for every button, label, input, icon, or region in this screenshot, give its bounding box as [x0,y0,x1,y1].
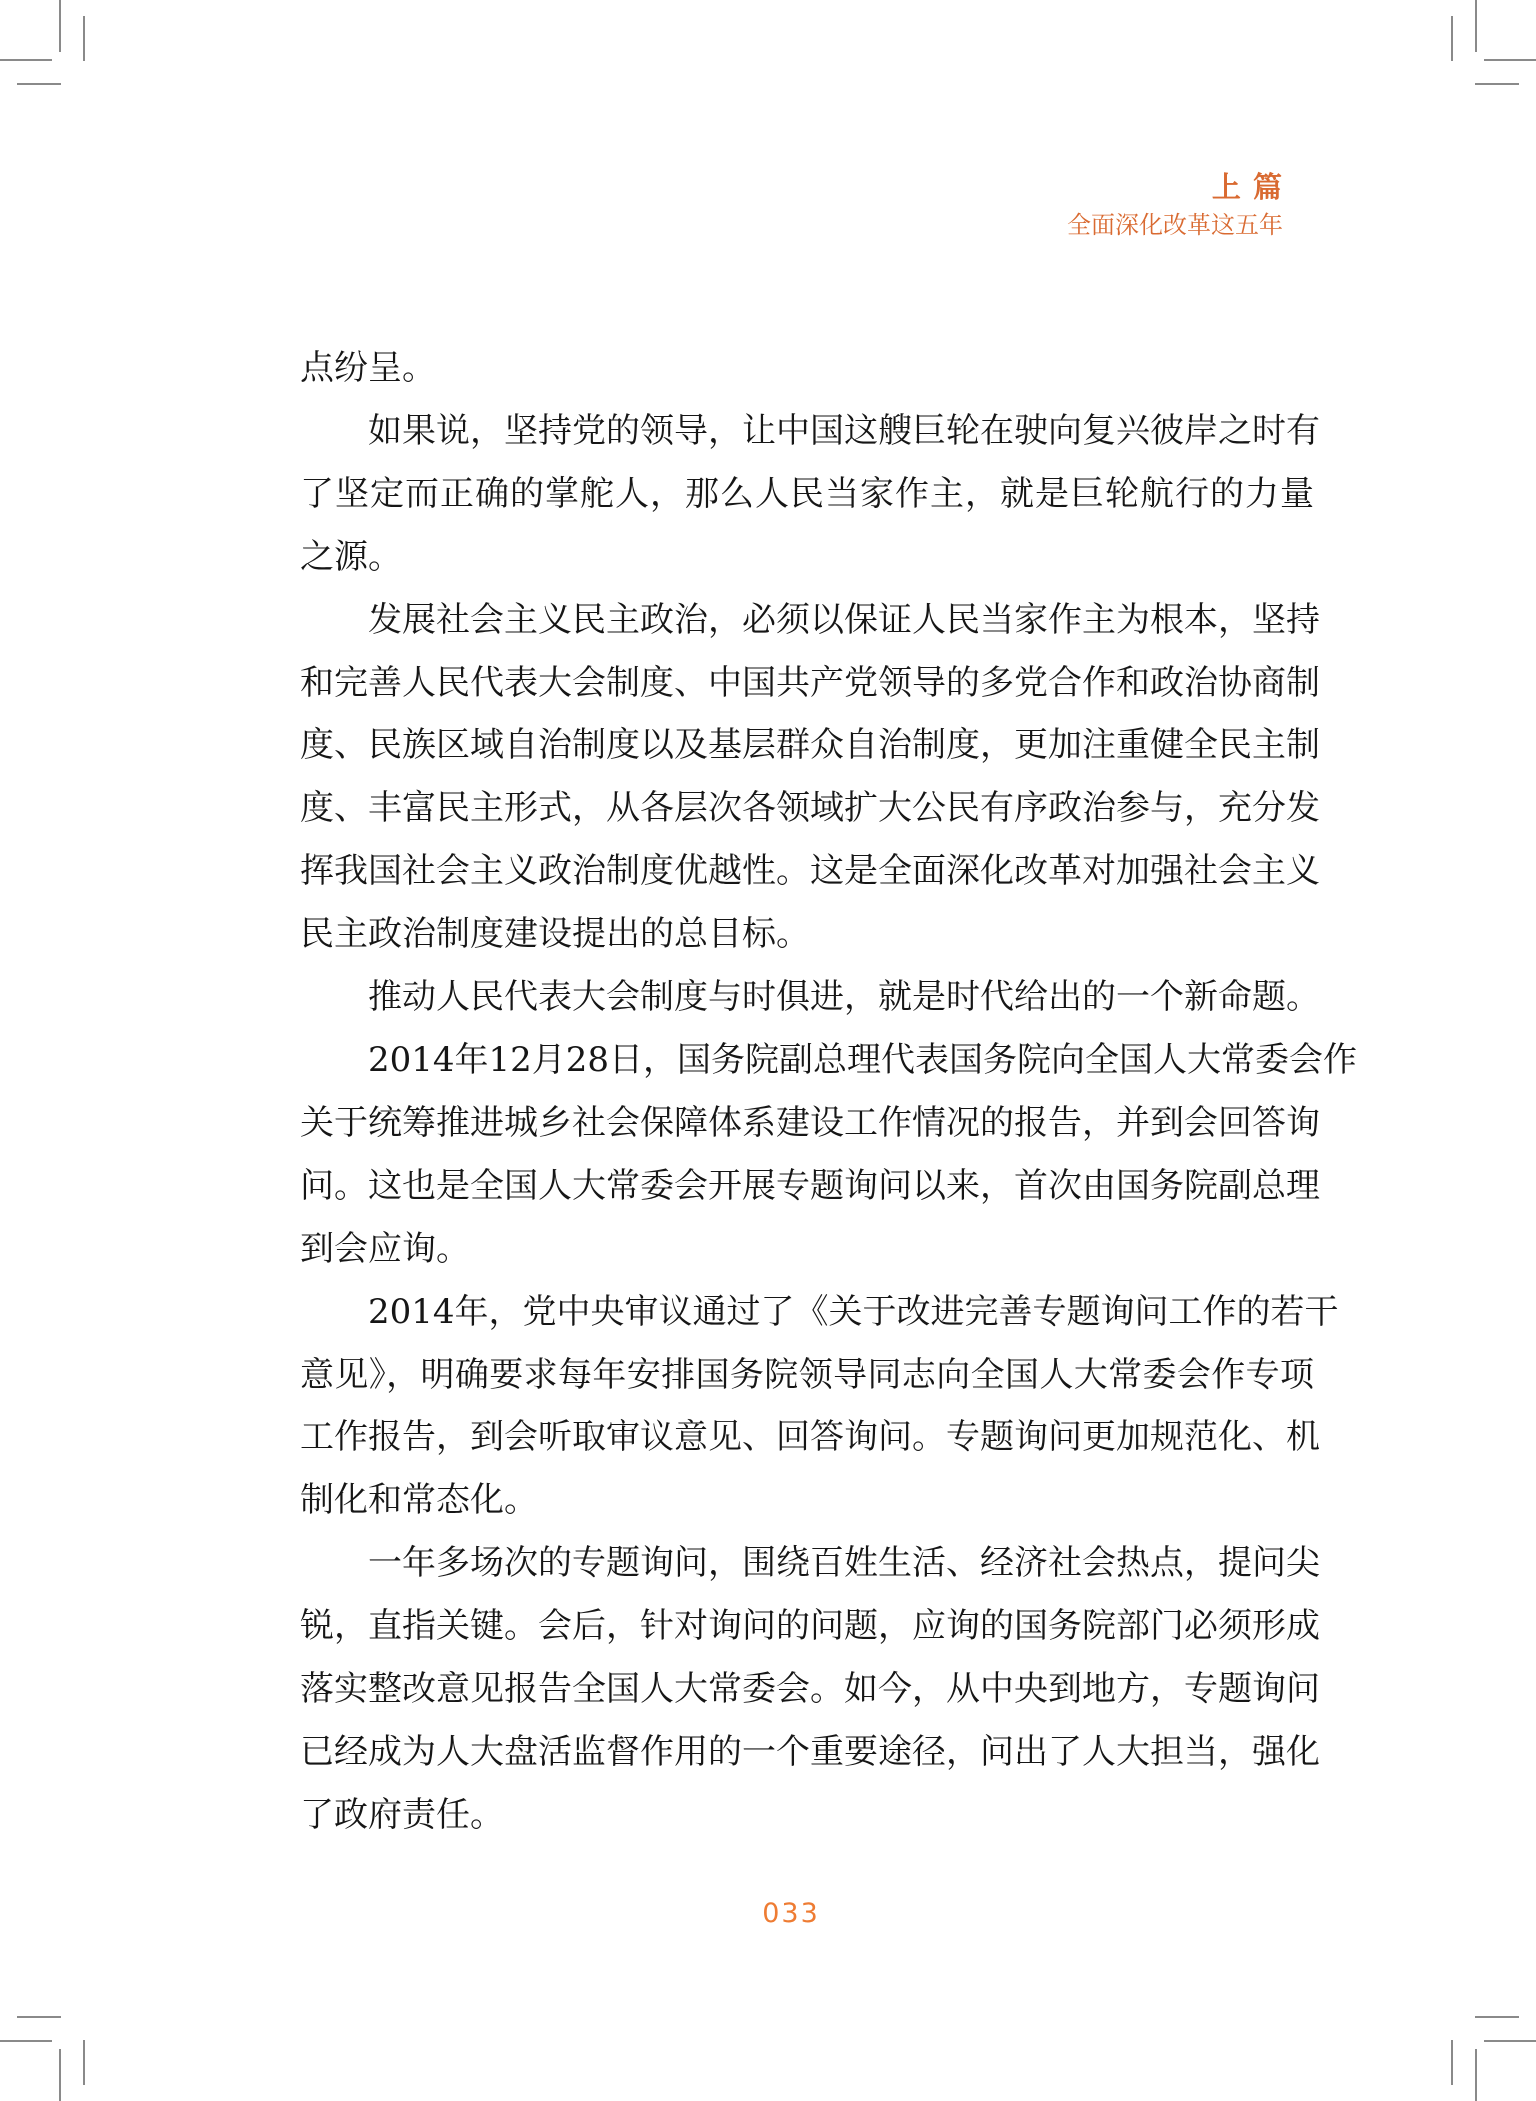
crop-mark-line [1475,0,1477,52]
crop-mark-line [1484,2040,1536,2042]
crop-mark-line [83,2040,85,2085]
crop-mark-line [0,2040,52,2042]
crop-mark-line [83,16,85,61]
text-line: 意见》，明确要求每年安排国务院领导同志向全国人大常委会作专项 [300,1344,1314,1407]
body-text: 点纷呈。 如果说，坚持党的领导，让中国这艘巨轮在驶向复兴彼岸之时有 了坚定而正确… [300,337,1314,1847]
crop-mark-line [17,83,61,85]
crop-mark-top-right [1450,0,1536,86]
crop-mark-line [1451,16,1453,61]
text-line: 问。这也是全国人大常委会开展专题询问以来，首次由国务院副总理 [300,1155,1314,1218]
text-line: 度、丰富民主形式，从各层次各领域扩大公民有序政治参与，充分发 [300,777,1314,840]
crop-mark-line [1475,2016,1519,2018]
text-line: 和完善人民代表大会制度、中国共产党领导的多党合作和政治协商制 [300,652,1314,715]
text-line: 如果说，坚持党的领导，让中国这艘巨轮在驶向复兴彼岸之时有 [300,400,1314,463]
crop-mark-line [1484,59,1536,61]
page-header: 上 篇 全面深化改革这五年 [1067,172,1283,237]
crop-mark-line [1475,83,1519,85]
crop-mark-line [0,59,52,61]
text-line: 制化和常态化。 [300,1469,1314,1532]
crop-mark-line [1451,2040,1453,2085]
text-line: 已经成为人大盘活监督作用的一个重要途径，问出了人大担当，强化 [300,1721,1314,1784]
crop-mark-line [59,0,61,52]
text-line: 民主政治制度建设提出的总目标。 [300,903,1314,966]
part-label: 上 篇 [1067,172,1283,202]
text-line: 度、民族区域自治制度以及基层群众自治制度，更加注重健全民主制 [300,714,1314,777]
crop-mark-top-left [0,0,86,86]
page-number: 033 [762,1899,820,1929]
crop-mark-line [1475,2049,1477,2101]
text-line: 落实整改意见报告全国人大常委会。如今，从中央到地方，专题询问 [300,1658,1314,1721]
crop-mark-line [59,2049,61,2101]
text-line: 关于统筹推进城乡社会保障体系建设工作情况的报告，并到会回答询 [300,1092,1314,1155]
text-line: 发展社会主义民主政治，必须以保证人民当家作主为根本，坚持 [300,589,1314,652]
text-line: 2014年，党中央审议通过了《关于改进完善专题询问工作的若干 [300,1281,1314,1344]
text-line: 到会应询。 [300,1218,1314,1281]
text-line: 推动人民代表大会制度与时俱进，就是时代给出的一个新命题。 [300,966,1314,1029]
text-line: 点纷呈。 [300,337,1314,400]
text-line: 一年多场次的专题询问，围绕百姓生活、经济社会热点，提问尖 [300,1532,1314,1595]
crop-mark-bottom-right [1450,2015,1536,2101]
text-line: 工作报告，到会听取审议意见、回答询问。专题询问更加规范化、机 [300,1406,1314,1469]
text-line: 挥我国社会主义政治制度优越性。这是全面深化改革对加强社会主义 [300,840,1314,903]
book-page: 上 篇 全面深化改革这五年 点纷呈。 如果说，坚持党的领导，让中国这艘巨轮在驶向… [0,0,1536,2101]
text-line: 锐，直指关键。会后，针对询问的问题，应询的国务院部门必须形成 [300,1595,1314,1658]
crop-mark-line [17,2016,61,2018]
crop-mark-bottom-left [0,2015,86,2101]
text-line: 2014年12月28日，国务院副总理代表国务院向全国人大常委会作 [300,1029,1314,1092]
book-title: 全面深化改革这五年 [1067,213,1283,237]
text-line: 之源。 [300,526,1314,589]
text-line: 了政府责任。 [300,1784,1314,1847]
text-line: 了坚定而正确的掌舵人，那么人民当家作主，就是巨轮航行的力量 [300,463,1314,526]
